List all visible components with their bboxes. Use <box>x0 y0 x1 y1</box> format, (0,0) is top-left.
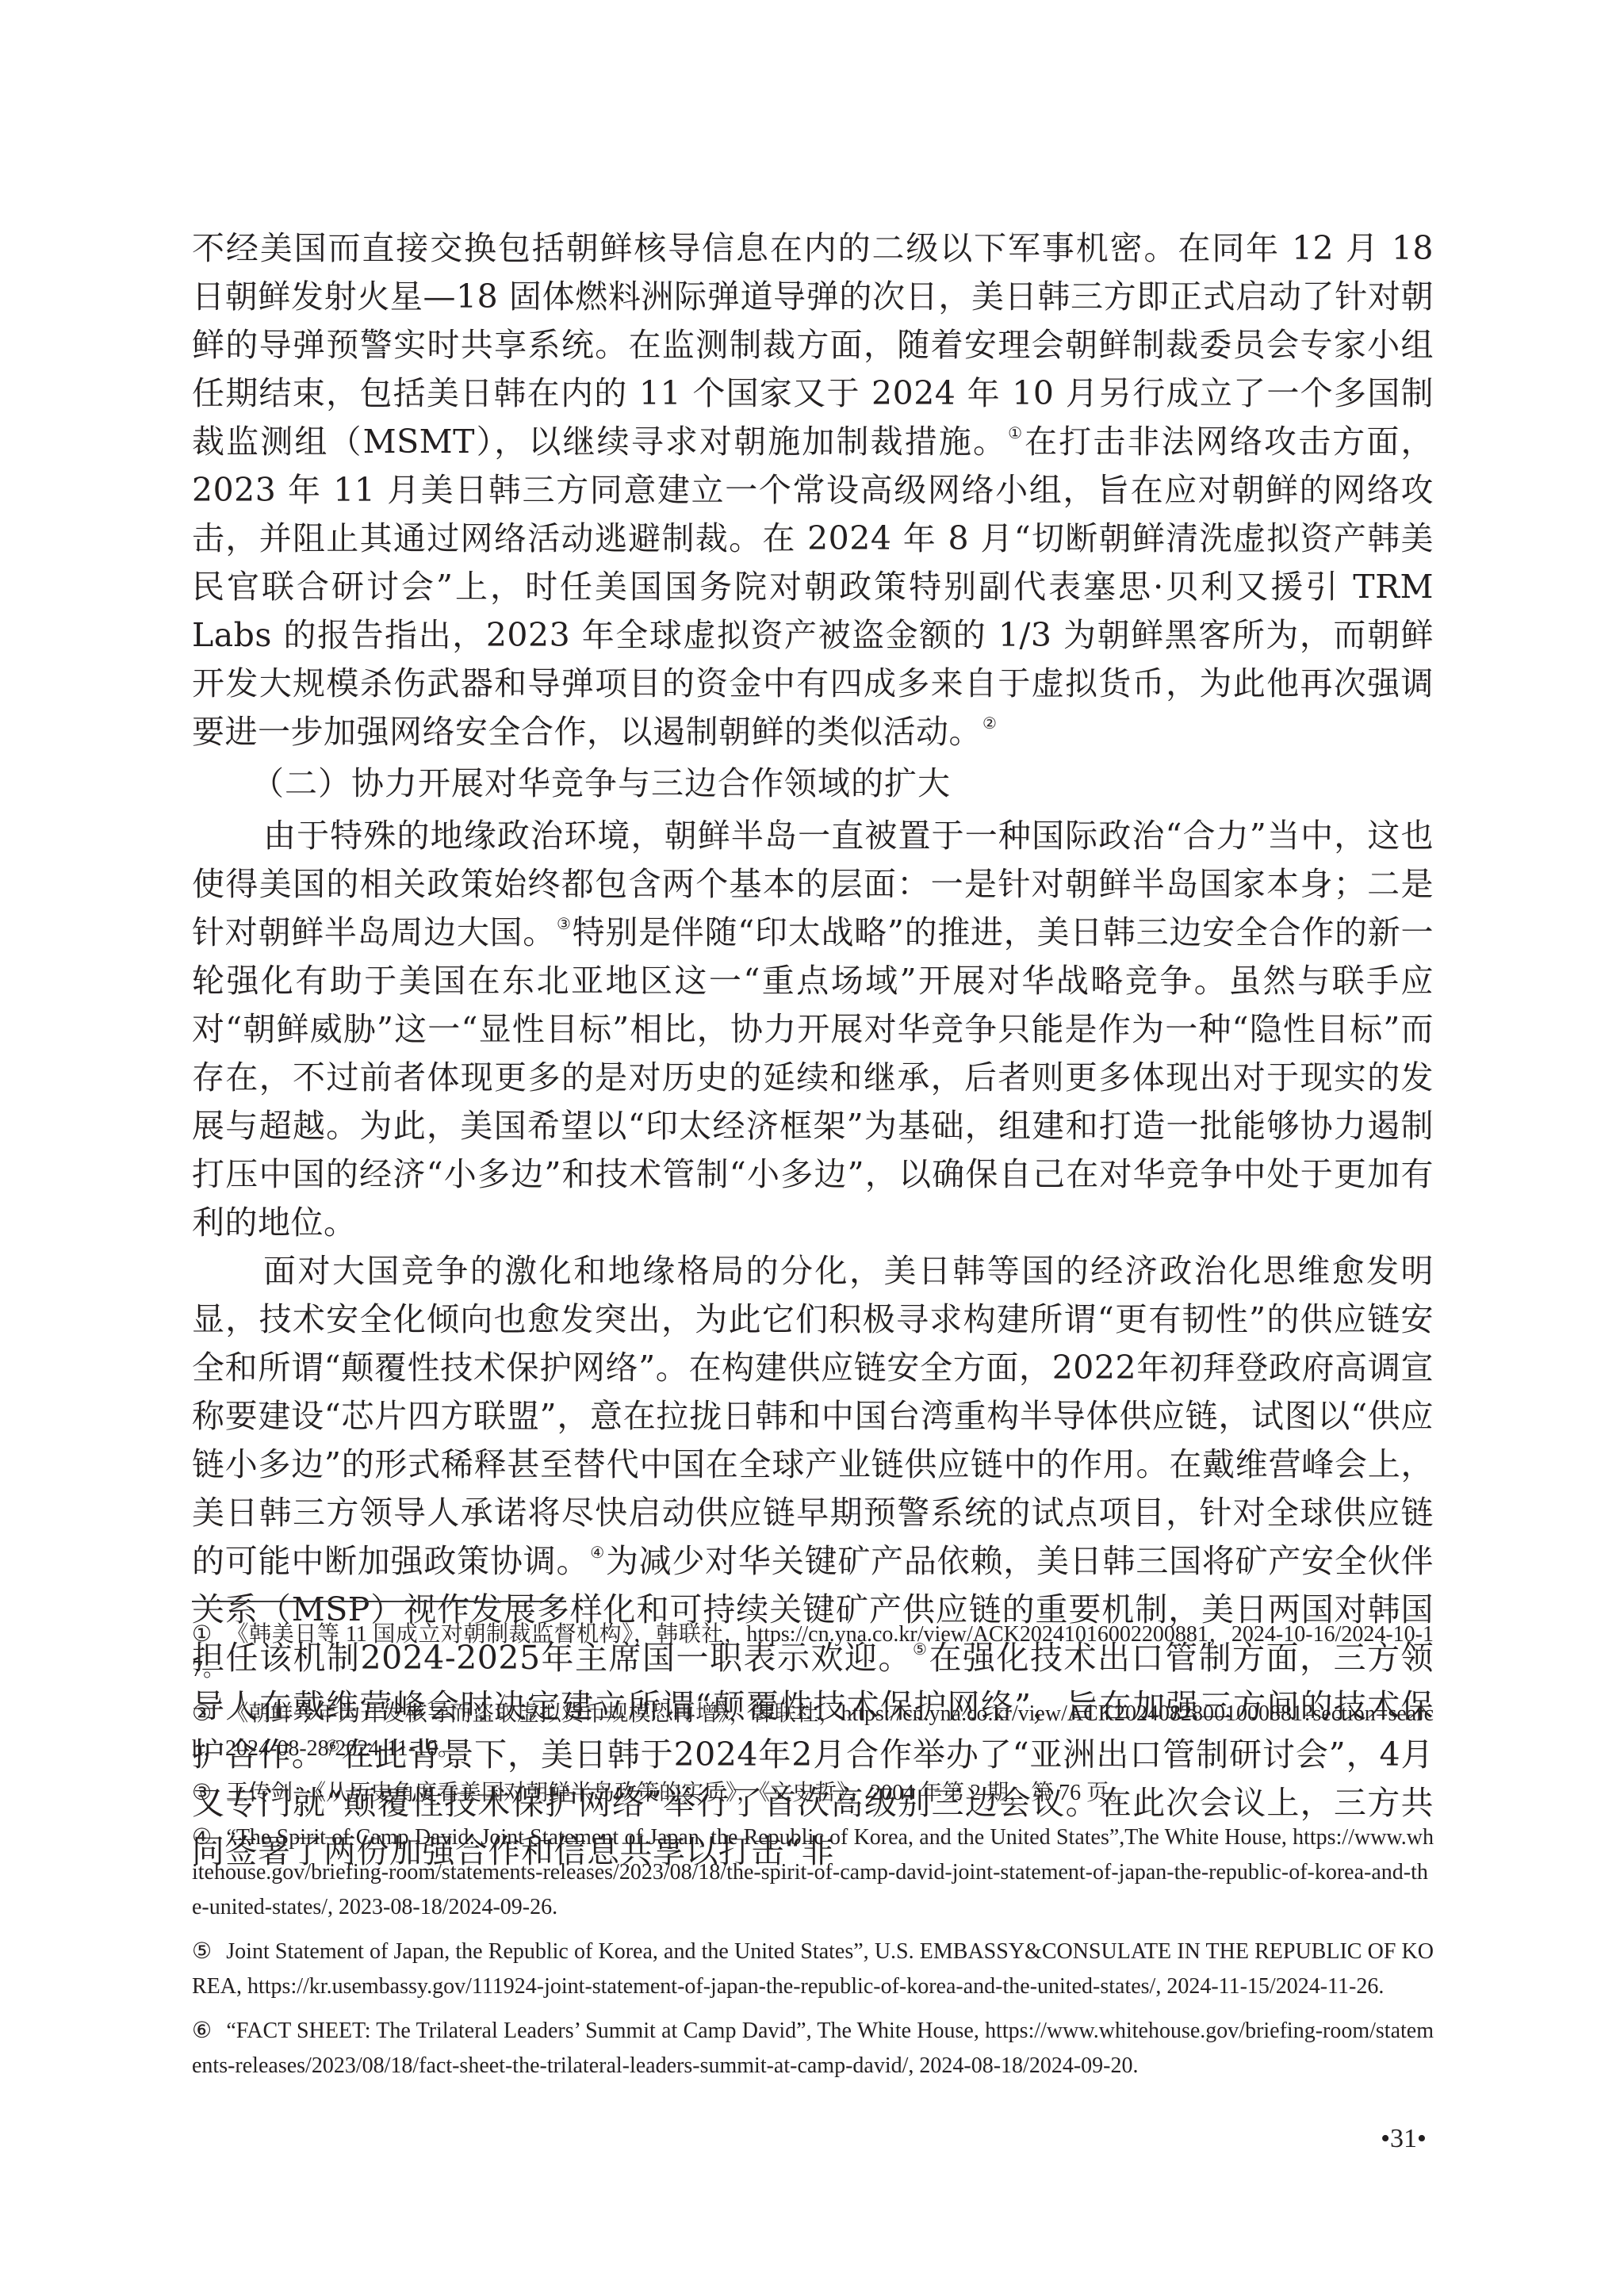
footnote-mark: ⑥ <box>192 2019 212 2043</box>
paragraph-2-text-b: 特别是伴随“印太战略”的推进，美日韩三边安全合作的新一轮强化有助于美国在东北亚地… <box>192 913 1434 1242</box>
footnote-ref-3[interactable]: ③ <box>557 914 572 933</box>
paragraph-continued: 不经美国而直接交换包括朝鲜核导信息在内的二级以下军事机密。在同年 12 月 18… <box>192 224 1434 756</box>
footnote-1: ①《韩美日等 11 国成立对朝制裁监督机构》，韩联社，https://cn.yn… <box>192 1617 1434 1687</box>
paragraph-2: 由于特殊的地缘政治环境，朝鲜半岛一直被置于一种国际政治“合力”当中，这也使得美国… <box>192 812 1434 1247</box>
paragraph-1-text-b: 在打击非法网络攻击方面，2023 年 11 月美日韩三方同意建立一个常设高级网络… <box>192 423 1434 751</box>
page-number: •31• <box>1364 2122 1443 2156</box>
footnote-text: Joint Statement of Japan, the Republic o… <box>192 1939 1434 1999</box>
footnote-mark: ⑤ <box>192 1939 212 1964</box>
footnote-text: 《韩美日等 11 国成立对朝制裁监督机构》，韩联社，https://cn.yna… <box>192 1622 1434 1682</box>
footnote-text: 王传剑：《从历史角度看美国对朝鲜半岛政策的实质》，《文史哲》，2004 年第 2… <box>226 1781 1131 1805</box>
footnote-5: ⑤Joint Statement of Japan, the Republic … <box>192 1934 1434 2004</box>
paragraph-3-text-a: 面对大国竞争的激化和地缘格局的分化，美日韩等国的经济政治化思维愈发明显，技术安全… <box>192 1252 1434 1580</box>
footnote-mark: ④ <box>192 1825 212 1850</box>
footnotes: ①《韩美日等 11 国成立对朝制裁监督机构》，韩联社，https://cn.yn… <box>192 1617 1434 2093</box>
footnote-ref-4[interactable]: ④ <box>590 1543 605 1562</box>
footnote-2: ②《朝鲜今年为开发核导而盗取虚拟货币规模恐再增》，韩联社，https://cn.… <box>192 1697 1434 1766</box>
footnote-mark: ② <box>192 1701 212 1726</box>
footnote-ref-1[interactable]: ① <box>1008 423 1024 442</box>
footnote-mark: ③ <box>192 1781 212 1805</box>
footnote-4: ④“The Spirit of Camp David: Joint Statem… <box>192 1820 1434 1925</box>
footnote-ref-2[interactable]: ② <box>982 714 997 733</box>
footnote-6: ⑥“FACT SHEET: The Trilateral Leaders’ Su… <box>192 2014 1434 2084</box>
footnote-text: “The Spirit of Camp David: Joint Stateme… <box>192 1825 1434 1919</box>
section-heading: （二）协力开展对华竞争与三边合作领域的扩大 <box>192 758 1434 809</box>
footnote-divider <box>192 1601 566 1602</box>
footnote-3: ③王传剑：《从历史角度看美国对朝鲜半岛政策的实质》，《文史哲》，2004 年第 … <box>192 1776 1434 1811</box>
footnote-text: 《朝鲜今年为开发核导而盗取虚拟货币规模恐再增》，韩联社，https://cn.y… <box>192 1701 1434 1761</box>
paper-page: 不经美国而直接交换包括朝鲜核导信息在内的二级以下军事机密。在同年 12 月 18… <box>0 0 1624 2296</box>
footnote-mark: ① <box>192 1622 213 1647</box>
footnote-text: “FACT SHEET: The Trilateral Leaders’ Sum… <box>192 2019 1434 2078</box>
